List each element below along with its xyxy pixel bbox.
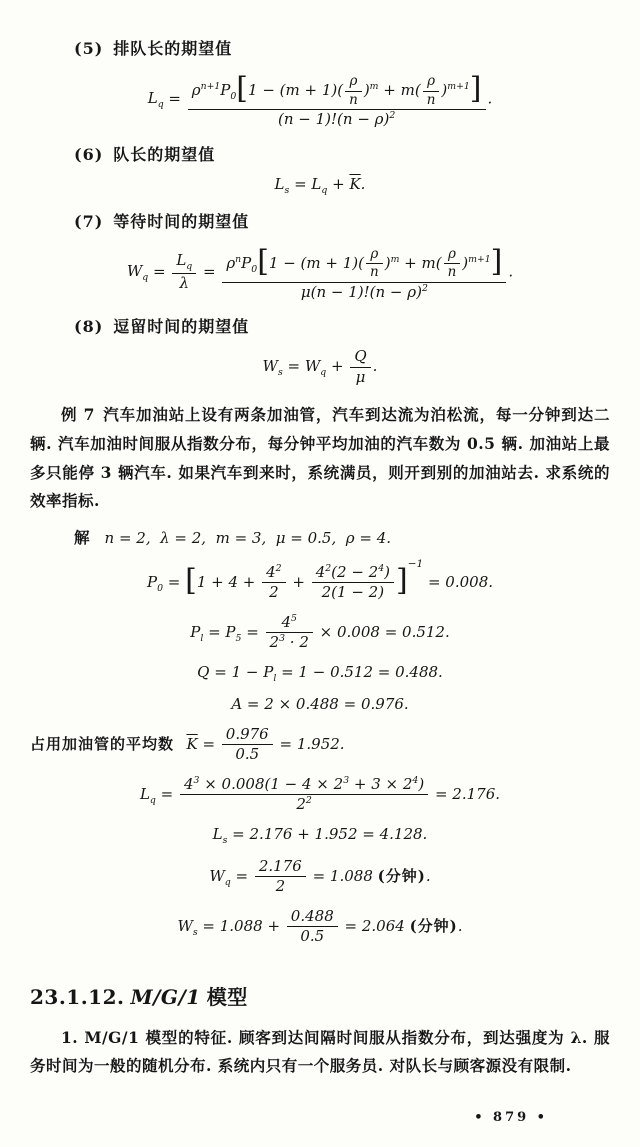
calc-kbar-line: 占用加油管的平均数 K = 0.9760.5 = 1.952. [30,725,610,765]
formula-ls: Ls = Lq + K. [275,175,366,197]
formula-p0: P0 = [1 + 4 + 422 + 42(2 − 24)2(1 − 2)]−… [147,558,493,603]
page-number: • 879 • [474,1110,548,1125]
formula-p-loss: Pl = P5 = 4523 · 2 × 0.008 = 0.512. [190,613,450,653]
formula-queue-length-expectation: Lq = ρn+1P0[1 − (m + 1)(ρn)m + m(ρn)m+1]… [30,69,610,130]
solution-given-values: n = 2, λ = 2, m = 3, μ = 0.5, ρ = 4. [105,529,392,547]
mg1-characteristics-paragraph: 1. M/G/1 模型的特征. 顾客到达间隔时间服从指数分布，到达强度为 λ. … [30,1024,610,1081]
formula-sojourn-time-expectation: Ws = Wq + Qμ. [30,347,610,387]
calc-p0-line: P0 = [1 + 4 + 422 + 42(2 − 24)2(1 − 2)]−… [30,558,610,603]
item-6-title: 队长的期望值 [113,145,215,164]
formula-wait-time-expectation: Wq = Lqλ = ρnP0[1 − (m + 1)(ρn)m + m(ρn)… [30,242,610,303]
formula-ws: Ws = Wq + Qμ. [263,347,378,387]
solution-label: 解 [74,528,91,547]
formula-kbar: 占用加油管的平均数 K = 0.9760.5 = 1.952. [30,725,345,765]
section-heading-mg1: 23.1.12.M/G/1模型 [30,981,610,1010]
formula-lq-value: Lq = 43 × 0.008(1 − 4 × 23 + 3 × 24)22 =… [140,775,500,815]
formula-wq: Wq = Lqλ = ρnP0[1 − (m + 1)(ρn)m + m(ρn)… [127,242,513,303]
formula-q: Q = 1 − Pl = 1 − 0.512 = 0.488. [197,663,443,685]
item-8-heading: (8)逗留时间的期望值 [30,314,610,337]
calc-ls-line: Ls = 2.176 + 1.952 = 4.128. [30,825,610,847]
formula-ws-value: Ws = 1.088 + 0.4880.5 = 2.064 (分钟). [177,907,462,947]
solution-given-line: 解n = 2, λ = 2, m = 3, μ = 0.5, ρ = 4. [30,526,610,548]
calc-lq-line: Lq = 43 × 0.008(1 − 4 × 23 + 3 × 24)22 =… [30,775,610,815]
calc-loss-probability-line: Pl = P5 = 4523 · 2 × 0.008 = 0.512. [30,613,610,653]
formula-lq: Lq = ρn+1P0[1 − (m + 1)(ρn)m + m(ρn)m+1]… [148,69,493,130]
calc-wq-line: Wq = 2.1762 = 1.088 (分钟). [30,857,610,897]
item-7-title: 等待时间的期望值 [113,212,249,231]
section-title-suffix: 模型 [207,985,248,1009]
item-5-label: (5) [74,39,103,58]
item-8-title: 逗留时间的期望值 [113,317,249,336]
formula-system-length-expectation: Ls = Lq + K. [30,175,610,197]
item-8-label: (8) [74,317,103,336]
formula-a: A = 2 × 0.488 = 0.976. [231,695,408,715]
item-7-heading: (7)等待时间的期望值 [30,209,610,232]
item-6-label: (6) [74,145,103,164]
calc-q-line: Q = 1 − Pl = 1 − 0.512 = 0.488. [30,663,610,685]
book-page: (5)排队长的期望值 Lq = ρn+1P0[1 − (m + 1)(ρn)m … [0,0,640,1147]
calc-a-line: A = 2 × 0.488 = 0.976. [30,695,610,715]
formula-wq-value: Wq = 2.1762 = 1.088 (分钟). [209,857,430,897]
item-5-heading: (5)排队长的期望值 [30,36,610,59]
example-7-paragraph: 例 7汽车加油站上设有两条加油管，汽车到达流为泊松流，每一分钟到达二辆. 汽车加… [30,401,610,516]
example-7-text: 汽车加油站上设有两条加油管，汽车到达流为泊松流，每一分钟到达二辆. 汽车加油时间… [30,405,610,510]
item-5-title: 排队长的期望值 [113,39,232,58]
calc-ws-line: Ws = 1.088 + 0.4880.5 = 2.064 (分钟). [30,907,610,947]
item-6-heading: (6)队长的期望值 [30,142,610,165]
section-number: 23.1.12. [30,985,124,1009]
example-7-label: 例 7 [61,405,95,424]
item-7-label: (7) [74,212,103,231]
mg1-text: 1. M/G/1 模型的特征. 顾客到达间隔时间服从指数分布，到达强度为 λ. … [30,1028,610,1076]
formula-ls-value: Ls = 2.176 + 1.952 = 4.128. [213,825,428,847]
section-model-name: M/G/1 [130,985,200,1009]
